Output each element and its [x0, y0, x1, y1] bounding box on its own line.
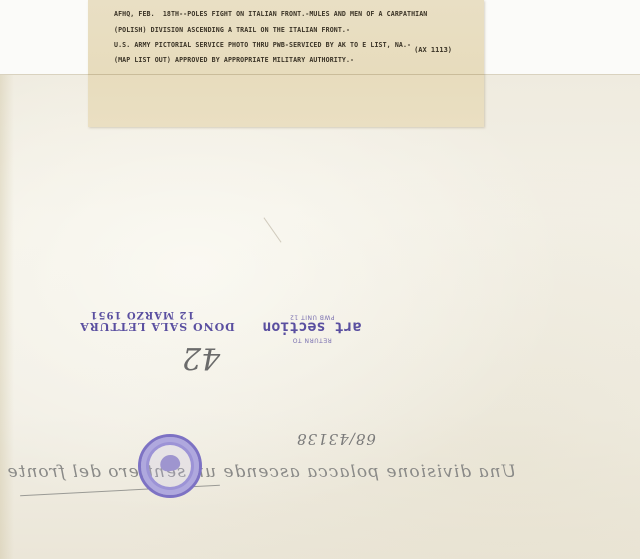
stamp-dono-line-2: 12 MARZO 1951 [72, 309, 212, 320]
handwritten-caption: Una divisione polacca ascende un sentier… [16, 462, 516, 482]
paper-crease [263, 217, 281, 242]
stamp-return-line-1: RETURN TO [262, 336, 362, 343]
caption-line-1: AFHQ, FEB. 18th--POLES FIGHT ON ITALIAN … [114, 10, 427, 18]
caption-slip: AFHQ, FEB. 18th--POLES FIGHT ON ITALIAN … [88, 0, 484, 127]
round-ink-stamp [138, 434, 202, 498]
return-to-art-section-stamp: RETURN TO art section PWB UNIT 12 [262, 313, 362, 343]
caption-code: (AX 1113) [414, 46, 452, 54]
stamp-return-line-2: art section [262, 320, 362, 337]
handwritten-reference: 68/43138 [296, 430, 376, 448]
stamp-emblem-icon [159, 453, 181, 472]
stamp-dono-line-1: DONO SALA LETTURA [72, 320, 242, 332]
caption-line-2: (POLISH) DIVISION ASCENDING A TRAIL ON T… [114, 26, 350, 34]
handwritten-number: 42 [182, 340, 220, 375]
caption-line-4: (MAP LIST OUT) APPROVED BY APPROPRIATE M… [114, 56, 354, 64]
dono-sala-lettura-stamp: DONO SALA LETTURA 12 MARZO 1951 [72, 309, 242, 332]
caption-line-3: U.S. ARMY PICTORIAL SERVICE PHOTO THRU P… [114, 41, 411, 49]
